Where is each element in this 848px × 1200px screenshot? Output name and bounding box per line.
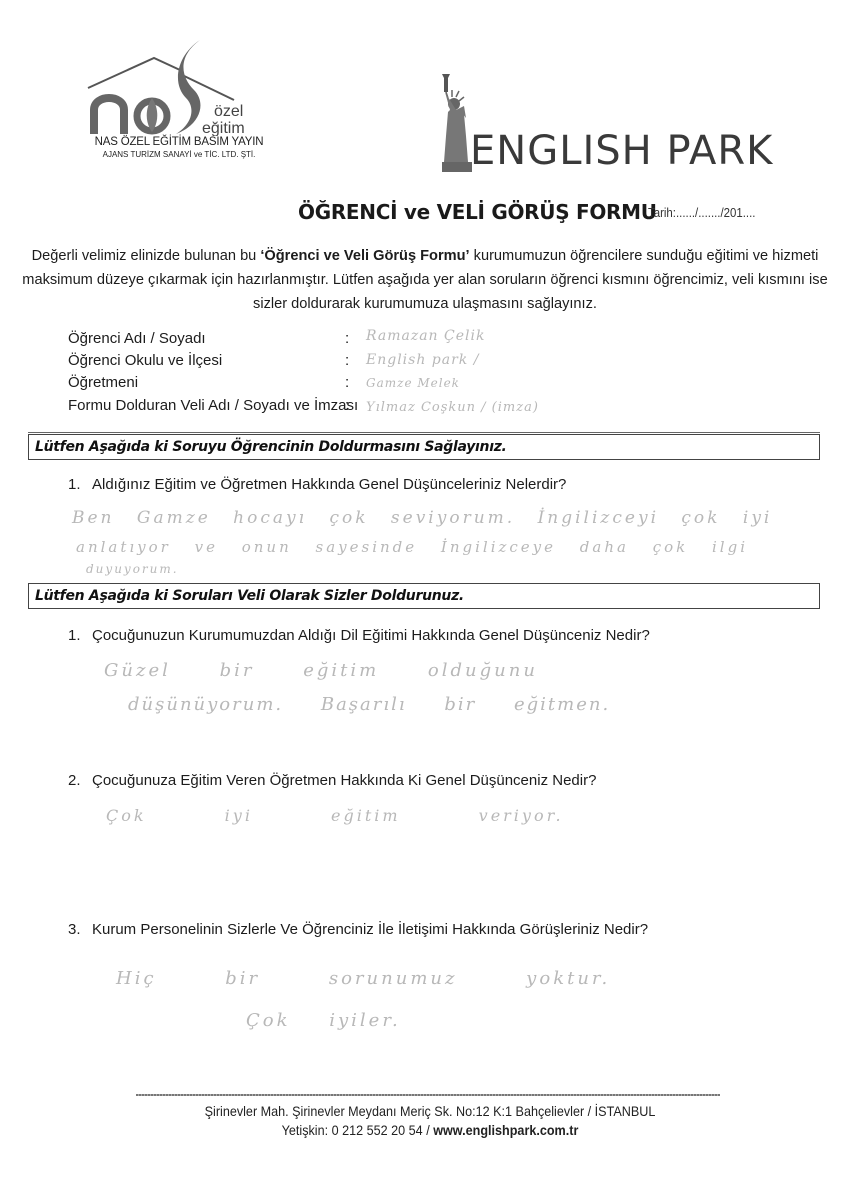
intro-paragraph: Değerli velimiz elinizde bulunan bu ‘Öğr… (22, 244, 828, 316)
student-school-value[interactable]: English park / (366, 352, 479, 368)
nas-company-line-1: NAS ÖZEL EĞİTİM BASIM YAYIN (84, 136, 274, 148)
footer-website-link[interactable]: www.englishpark.com.tr (433, 1122, 578, 1138)
student-school-label: Öğrenci Okulu ve İlçesi (68, 352, 222, 369)
footer-address: Şirinevler Mah. Şirinevler Meydanı Meriç… (151, 1102, 709, 1121)
parent-answer-3-line-1[interactable]: Hiç bir sorunumuz yoktur. (116, 968, 610, 989)
parent-section-heading: Lütfen Aşağıda ki Soruları Veli Olarak S… (28, 583, 820, 609)
teacher-label: Öğretmeni (68, 374, 138, 391)
colon: : (345, 352, 349, 369)
english-park-wordmark: ENGLISH PARK (470, 128, 773, 174)
parent-question-2: 2.Çocuğunuza Eğitim Veren Öğretmen Hakkı… (68, 772, 596, 789)
date-value: ....../......./201.... (676, 205, 755, 220)
student-section-heading: Lütfen Aşağıda ki Soruyu Öğrencinin Dold… (28, 434, 820, 460)
question-text: Çocuğunuzun Kurumumuzdan Aldığı Dil Eğit… (92, 627, 650, 644)
nas-company-name: NAS ÖZEL EĞİTİM BASIM YAYIN AJANS TURİZM… (84, 136, 274, 159)
svg-text:özel: özel (214, 103, 243, 120)
footer-contact: Yetişkin: 0 212 552 20 54 / www.englishp… (151, 1121, 709, 1140)
parent-name-signature-value[interactable]: Yılmaz Coşkun / (imza) (366, 400, 539, 415)
student-name-label: Öğrenci Adı / Soyadı (68, 330, 206, 347)
colon: : (345, 330, 349, 347)
parent-answer-2-line-1[interactable]: Çok iyi eğitim veriyor. (106, 806, 564, 825)
date-label: Tarih: (648, 205, 676, 220)
student-answer-line-3[interactable]: duyuyorum. (86, 562, 179, 576)
nas-company-line-2: AJANS TURİZM SANAYİ ve TİC. LTD. ŞTİ. (84, 150, 274, 159)
footer-phone: Yetişkin: 0 212 552 20 54 / (282, 1122, 434, 1138)
student-answer-line-1[interactable]: Ben Gamze hocayı çok seviyorum. İngilizc… (72, 508, 772, 528)
intro-form-name: ‘Öğrenci ve Veli Görüş Formu’ (260, 248, 469, 264)
question-text: Kurum Personelinin Sizlerle Ve Öğrencini… (92, 921, 648, 938)
footer: Şirinevler Mah. Şirinevler Meydanı Meriç… (151, 1102, 709, 1140)
parent-question-3: 3.Kurum Personelinin Sizlerle Ve Öğrenci… (68, 921, 648, 938)
student-name-value[interactable]: Ramazan Çelik (366, 328, 485, 344)
colon: : (345, 374, 349, 391)
date-field[interactable]: Tarih:....../......./201.... (648, 205, 755, 220)
intro-text-1: Değerli velimiz elinizde bulunan bu (32, 248, 261, 264)
footer-divider (136, 1094, 720, 1096)
question-text: Çocuğunuza Eğitim Veren Öğretmen Hakkınd… (92, 772, 596, 789)
parent-answer-1-line-2[interactable]: düşünüyorum. Başarılı bir eğitmen. (128, 694, 610, 715)
nas-logo: özel eğitim (84, 36, 264, 136)
student-answer-line-2[interactable]: anlatıyor ve onun sayesinde İngilizceye … (76, 538, 748, 556)
form-title: ÖĞRENCİ ve VELİ GÖRÜŞ FORMU (298, 200, 657, 224)
question-number: 1. (68, 476, 92, 493)
question-text: Aldığınız Eğitim ve Öğretmen Hakkında Ge… (92, 476, 566, 493)
teacher-value[interactable]: Gamze Melek (366, 376, 460, 390)
svg-text:eğitim: eğitim (202, 120, 245, 136)
student-question-1: 1.Aldığınız Eğitim ve Öğretmen Hakkında … (68, 476, 566, 493)
parent-answer-1-line-1[interactable]: Güzel bir eğitim olduğunu (104, 660, 538, 681)
question-number: 2. (68, 772, 92, 789)
question-number: 3. (68, 921, 92, 938)
divider (28, 432, 820, 433)
colon: : (345, 397, 349, 414)
question-number: 1. (68, 627, 92, 644)
parent-question-1: 1.Çocuğunuzun Kurumumuzdan Aldığı Dil Eğ… (68, 627, 650, 644)
nas-logo-mark-icon: özel eğitim (84, 36, 264, 136)
parent-answer-3-line-2[interactable]: Çok iyiler. (246, 1010, 401, 1031)
parent-name-label: Formu Dolduran Veli Adı / Soyadı ve İmza… (68, 397, 358, 414)
